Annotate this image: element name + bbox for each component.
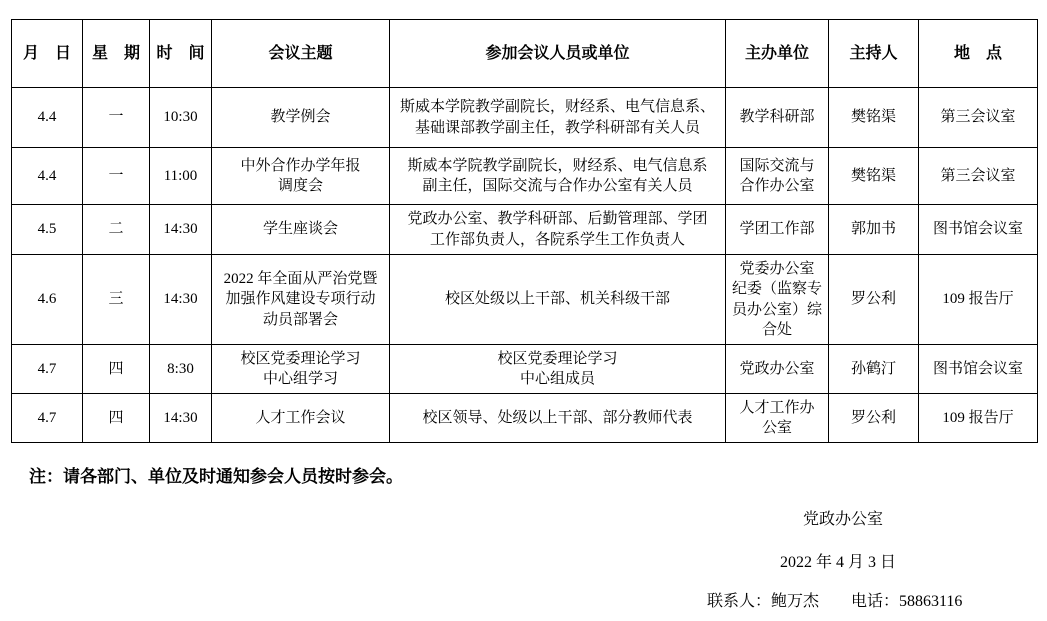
cell-time: 10:30 [150,88,212,148]
cell-participants: 校区处级以上干部、机关科级干部 [390,255,726,345]
cell-weekday: 一 [83,148,150,205]
cell-weekday: 一 [83,88,150,148]
col-header-subject: 会议主题 [212,20,390,88]
cell-subject: 教学例会 [212,88,390,148]
cell-participants: 斯威本学院教学副院长，财经系、电气信息系 副主任，国际交流与合作办公室有关人员 [390,148,726,205]
cell-location: 第三会议室 [919,148,1038,205]
table-row: 4.7 四 8:30 校区党委理论学习 中心组学习 校区党委理论学习 中心组成员… [12,345,1038,394]
cell-subject: 学生座谈会 [212,205,390,255]
cell-date: 4.7 [12,345,83,394]
cell-host: 樊铭渠 [829,148,919,205]
cell-location: 第三会议室 [919,88,1038,148]
signature-date: 2022 年 4 月 3 日 [780,549,896,572]
cell-weekday: 四 [83,345,150,394]
cell-host: 樊铭渠 [829,88,919,148]
cell-time: 8:30 [150,345,212,394]
cell-subject: 校区党委理论学习 中心组学习 [212,345,390,394]
cell-location: 109 报告厅 [919,394,1038,443]
contact-info: 联系人：鲍万杰 电话：58863116 [707,588,962,611]
cell-location: 图书馆会议室 [919,345,1038,394]
cell-host: 孙鹤汀 [829,345,919,394]
schedule-table: 月 日 星 期 时 间 会议主题 参加会议人员或单位 主办单位 主持人 地 点 … [11,19,1038,443]
cell-host: 郭加书 [829,205,919,255]
cell-organizer: 国际交流与 合作办公室 [726,148,829,205]
col-header-location: 地 点 [919,20,1038,88]
cell-location: 109 报告厅 [919,255,1038,345]
cell-weekday: 四 [83,394,150,443]
col-header-participants: 参加会议人员或单位 [390,20,726,88]
header-row: 月 日 星 期 时 间 会议主题 参加会议人员或单位 主办单位 主持人 地 点 [12,20,1038,88]
cell-organizer: 党政办公室 [726,345,829,394]
col-header-time: 时 间 [150,20,212,88]
note-text: 注：请各部门、单位及时通知参会人员按时参会。 [29,462,403,487]
col-header-weekday: 星 期 [83,20,150,88]
col-header-date: 月 日 [12,20,83,88]
cell-host: 罗公利 [829,255,919,345]
cell-time: 14:30 [150,255,212,345]
cell-subject: 人才工作会议 [212,394,390,443]
cell-date: 4.7 [12,394,83,443]
table-row: 4.6 三 14:30 2022 年全面从严治党暨 加强作风建设专项行动 动员部… [12,255,1038,345]
cell-participants: 校区党委理论学习 中心组成员 [390,345,726,394]
document-page: { "table": { "headers": [ "月 日", "星 期", … [0,0,1047,621]
cell-location: 图书馆会议室 [919,205,1038,255]
cell-host: 罗公利 [829,394,919,443]
cell-time: 14:30 [150,394,212,443]
cell-participants: 校区领导、处级以上干部、部分教师代表 [390,394,726,443]
table-row: 4.4 一 10:30 教学例会 斯威本学院教学副院长，财经系、电气信息系、 基… [12,88,1038,148]
cell-organizer: 人才工作办 公室 [726,394,829,443]
cell-participants: 斯威本学院教学副院长，财经系、电气信息系、 基础课部教学副主任，教学科研部有关人… [390,88,726,148]
cell-date: 4.5 [12,205,83,255]
cell-weekday: 二 [83,205,150,255]
cell-participants: 党政办公室、教学科研部、后勤管理部、学团 工作部负责人，各院系学生工作负责人 [390,205,726,255]
cell-subject: 中外合作办学年报 调度会 [212,148,390,205]
col-header-organizer: 主办单位 [726,20,829,88]
cell-weekday: 三 [83,255,150,345]
cell-date: 4.6 [12,255,83,345]
col-header-host: 主持人 [829,20,919,88]
table-row: 4.5 二 14:30 学生座谈会 党政办公室、教学科研部、后勤管理部、学团 工… [12,205,1038,255]
cell-organizer: 教学科研部 [726,88,829,148]
cell-organizer: 学团工作部 [726,205,829,255]
cell-subject: 2022 年全面从严治党暨 加强作风建设专项行动 动员部署会 [212,255,390,345]
cell-organizer: 党委办公室 纪委（监察专 员办公室）综 合处 [726,255,829,345]
cell-time: 14:30 [150,205,212,255]
cell-date: 4.4 [12,148,83,205]
cell-date: 4.4 [12,88,83,148]
signature-department: 党政办公室 [803,506,883,529]
table-row: 4.4 一 11:00 中外合作办学年报 调度会 斯威本学院教学副院长，财经系、… [12,148,1038,205]
table-row: 4.7 四 14:30 人才工作会议 校区领导、处级以上干部、部分教师代表 人才… [12,394,1038,443]
cell-time: 11:00 [150,148,212,205]
